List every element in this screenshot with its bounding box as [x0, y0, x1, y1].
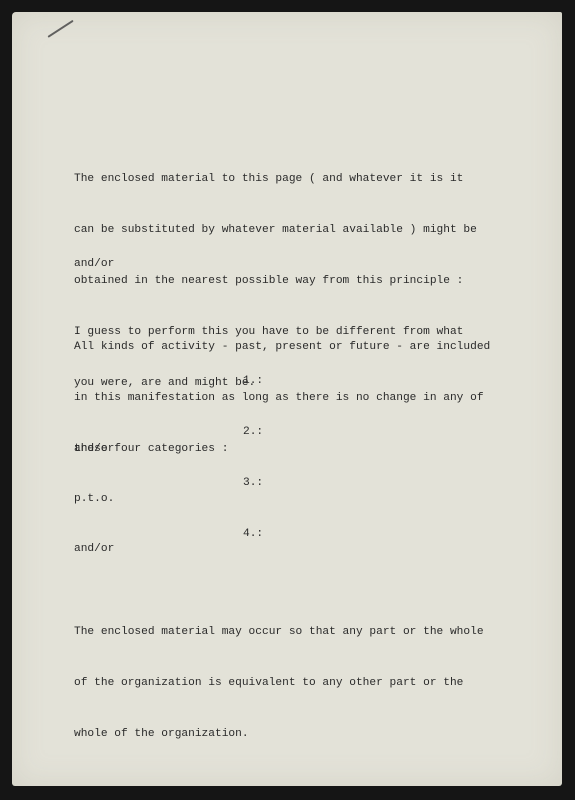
category-item: 3.:: [243, 475, 270, 492]
text-line: obtained in the nearest possible way fro…: [74, 273, 477, 290]
pencil-mark: [47, 20, 73, 38]
text-line: can be substituted by whatever material …: [74, 222, 477, 239]
category-item: 2.:: [243, 424, 270, 441]
paragraph-activity: All kinds of activity - past, present or…: [74, 305, 490, 492]
text-line: whole of the organization.: [74, 726, 484, 743]
text-line: The enclosed material to this page ( and…: [74, 171, 477, 188]
scan-background: The enclosed material to this page ( and…: [0, 0, 575, 800]
separator-and-or: and/or: [74, 541, 114, 558]
separator-and-or: and/or: [74, 256, 114, 273]
category-list: 1.: 2.: 3.: 4.:: [243, 339, 270, 577]
paragraph-organization: The enclosed material may occur so that …: [74, 590, 484, 777]
text-line: of the organization is equivalent to any…: [74, 675, 484, 692]
text-line: in this manifestation as long as there i…: [74, 390, 490, 407]
category-item: 1.:: [243, 373, 270, 390]
please-turn-over-note: p.t.o.: [74, 491, 114, 508]
category-item: 4.:: [243, 526, 270, 543]
separator-and-or: and/or: [74, 441, 114, 458]
text-line: these four categories :: [74, 441, 490, 458]
text-line: The enclosed material may occur so that …: [74, 624, 484, 641]
text-line: All kinds of activity - past, present or…: [74, 339, 490, 356]
